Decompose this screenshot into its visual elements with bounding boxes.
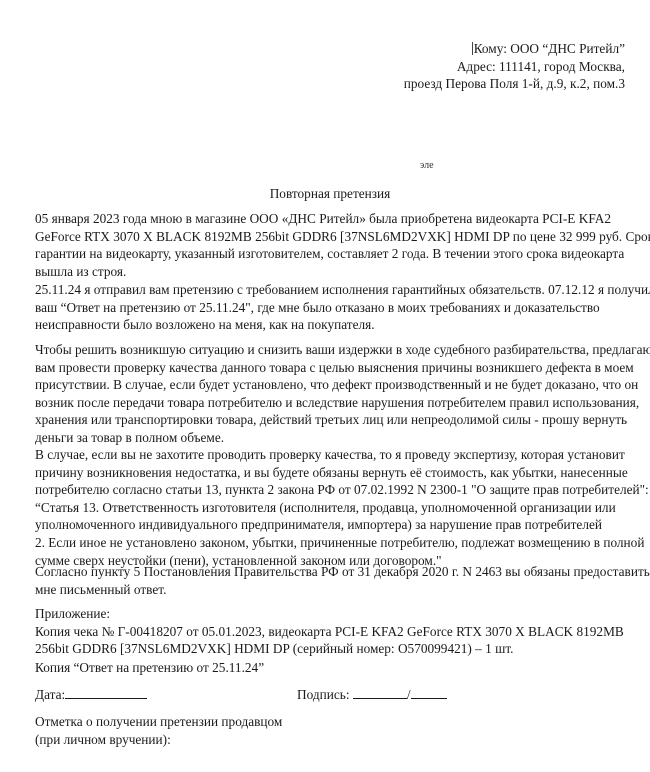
signature-blank-line [353, 686, 407, 699]
text-line: уполномоченного индивидуального предприн… [35, 516, 650, 534]
text-line: хранения или транспортировки товара, дей… [35, 411, 650, 429]
text-line: 25.11.24 я отправил вам претензию с треб… [35, 281, 650, 299]
paragraph-purchase: 05 января 2023 года мною в магазине ООО … [35, 210, 650, 280]
date-label: Дата: [35, 687, 65, 702]
signature-label: Подпись: [297, 687, 353, 702]
text-line: Приложение: [35, 605, 650, 623]
text-line: Согласно пункту 5 Постановления Правител… [35, 563, 650, 581]
text-line: Отметка о получении претензии продавцом [35, 713, 650, 731]
text-line: неисправности было возложено на меня, ка… [35, 316, 650, 334]
text-line: мне письменный ответ. [35, 581, 650, 599]
paragraph-copy: Копия “Ответ на претензию от 25.11.24” [35, 659, 650, 677]
paragraph-attachment: Приложение:Копия чека № Г-00418207 от 05… [35, 605, 650, 658]
text-line: вам провести проверку качества данного т… [35, 359, 650, 377]
text-line: 05 января 2023 года мною в магазине ООО … [35, 210, 650, 228]
address-line-2: проезд Перова Поля 1-й, д.9, к.2, пом.3 [404, 75, 625, 93]
text-line: “Статья 13. Ответственность изготовителя… [35, 499, 650, 517]
text-line: причину возникновения недостатка, и вы б… [35, 464, 650, 482]
text-line: гарантии на видеокарту, указанный изгото… [35, 245, 650, 263]
paragraph-expertise: В случае, если вы не захотите проводить … [35, 446, 650, 569]
text-line: ваш “Ответ на претензию от 25.11.24", гд… [35, 299, 650, 317]
paragraph-response-required: Согласно пункту 5 Постановления Правител… [35, 563, 650, 598]
text-line: 256bit GDDR6 [37NSL6MD2VXK] HDMI DP (сер… [35, 640, 650, 658]
paragraph-previous-claim: 25.11.24 я отправил вам претензию с треб… [35, 281, 650, 334]
date-field: Дата: [35, 686, 147, 703]
paragraph-quality-check: Чтобы решить возникшую ситуацию и снизит… [35, 341, 650, 447]
receipt-note: Отметка о получении претензии продавцом … [35, 713, 650, 748]
name-blank-line [411, 686, 447, 699]
signature-field: Подпись: / [297, 686, 447, 703]
text-line: присутствии. В случае, если будет устано… [35, 376, 650, 394]
text-line: вышла из строя. [35, 263, 650, 281]
stray-text: эле [420, 160, 434, 171]
text-line: Копия чека № Г-00418207 от 05.01.2023, в… [35, 623, 650, 641]
recipient-line: Кому: ООО “ДНС Ритейл” [472, 40, 625, 58]
text-line: Чтобы решить возникшую ситуацию и снизит… [35, 341, 650, 359]
text-line: возник после передачи товара потребителю… [35, 394, 650, 412]
text-line: (при личном вручении): [35, 731, 650, 749]
text-line: 2. Если иное не установлено законом, убы… [35, 534, 650, 552]
recipient-to: Кому: ООО “ДНС Ритейл” [474, 41, 625, 56]
text-line: В случае, если вы не захотите проводить … [35, 446, 650, 464]
text-line: потребителю согласно статьи 13, пункта 2… [35, 481, 650, 499]
text-line: Копия “Ответ на претензию от 25.11.24” [35, 659, 650, 677]
document-title: Повторная претензия [0, 186, 650, 202]
text-line: деньги за товар в полном объеме. [35, 429, 650, 447]
date-blank-line [65, 686, 147, 699]
text-cursor [472, 42, 473, 55]
address-line-1: Адрес: 111141, город Москва, [457, 58, 625, 76]
text-line: GeForce RTX 3070 X BLACK 8192MB 256bit G… [35, 228, 650, 246]
